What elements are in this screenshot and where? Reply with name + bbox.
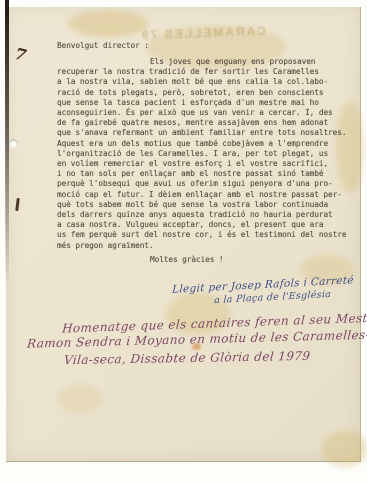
typed-line: dels darrers quinze anys aquesta tradici… xyxy=(57,210,357,220)
salutation: Benvolgut director : xyxy=(57,41,149,50)
typed-line: l'organització de les Caramelles. I ara,… xyxy=(57,149,357,159)
typed-line: Aquest era un dels motius que també cobe… xyxy=(57,139,357,149)
typed-line: us fem perquè surt del nostre cor, i és … xyxy=(57,230,357,240)
typed-line: què tots sabem molt bé que sense la vost… xyxy=(57,200,357,210)
closing-thanks: Moltes gràcies ! xyxy=(150,255,224,264)
typed-line: més pregon agraïment. xyxy=(57,241,357,251)
typed-line: i no tan sols per enllaçar amb el nostre… xyxy=(57,169,357,179)
typed-line: moció cap el futur. I dèiem enllaçar amb… xyxy=(57,190,357,200)
typed-line: recuperar la nostra tradició de fer sort… xyxy=(57,67,357,77)
letter-body: Els joves que enguany ens proposaven rec… xyxy=(57,57,357,251)
typed-line: Els joves que enguany ens proposaven xyxy=(57,57,357,67)
typed-line: que sense la tasca pacient i esforçada d… xyxy=(57,98,357,108)
typed-line: que s'anava refermant un ambient familia… xyxy=(57,128,357,138)
typed-line: a casa nostra. Vulgueu acceptar, doncs, … xyxy=(57,220,357,230)
scanned-letter-page: CARAMELLES 79 7 Benvolgut director : Els… xyxy=(0,0,367,483)
typed-line: aconseguirien. És per això que us van ve… xyxy=(57,108,357,118)
typed-line: en volíem remerciar el vostre esforç i e… xyxy=(57,159,357,169)
typed-line: de fa gairebé quatre mesos, mentre assaj… xyxy=(57,118,357,128)
paper-stain xyxy=(322,431,367,467)
typed-line: perquè l'obsequi que avui us oferim sigu… xyxy=(57,179,357,189)
punch-hole xyxy=(9,139,18,148)
typed-line: ració de tots plegats, però, sobretot, e… xyxy=(57,88,357,98)
paper-stain xyxy=(58,385,102,413)
typed-line: a la nostra vila, sabien molt bé que ens… xyxy=(57,77,357,87)
